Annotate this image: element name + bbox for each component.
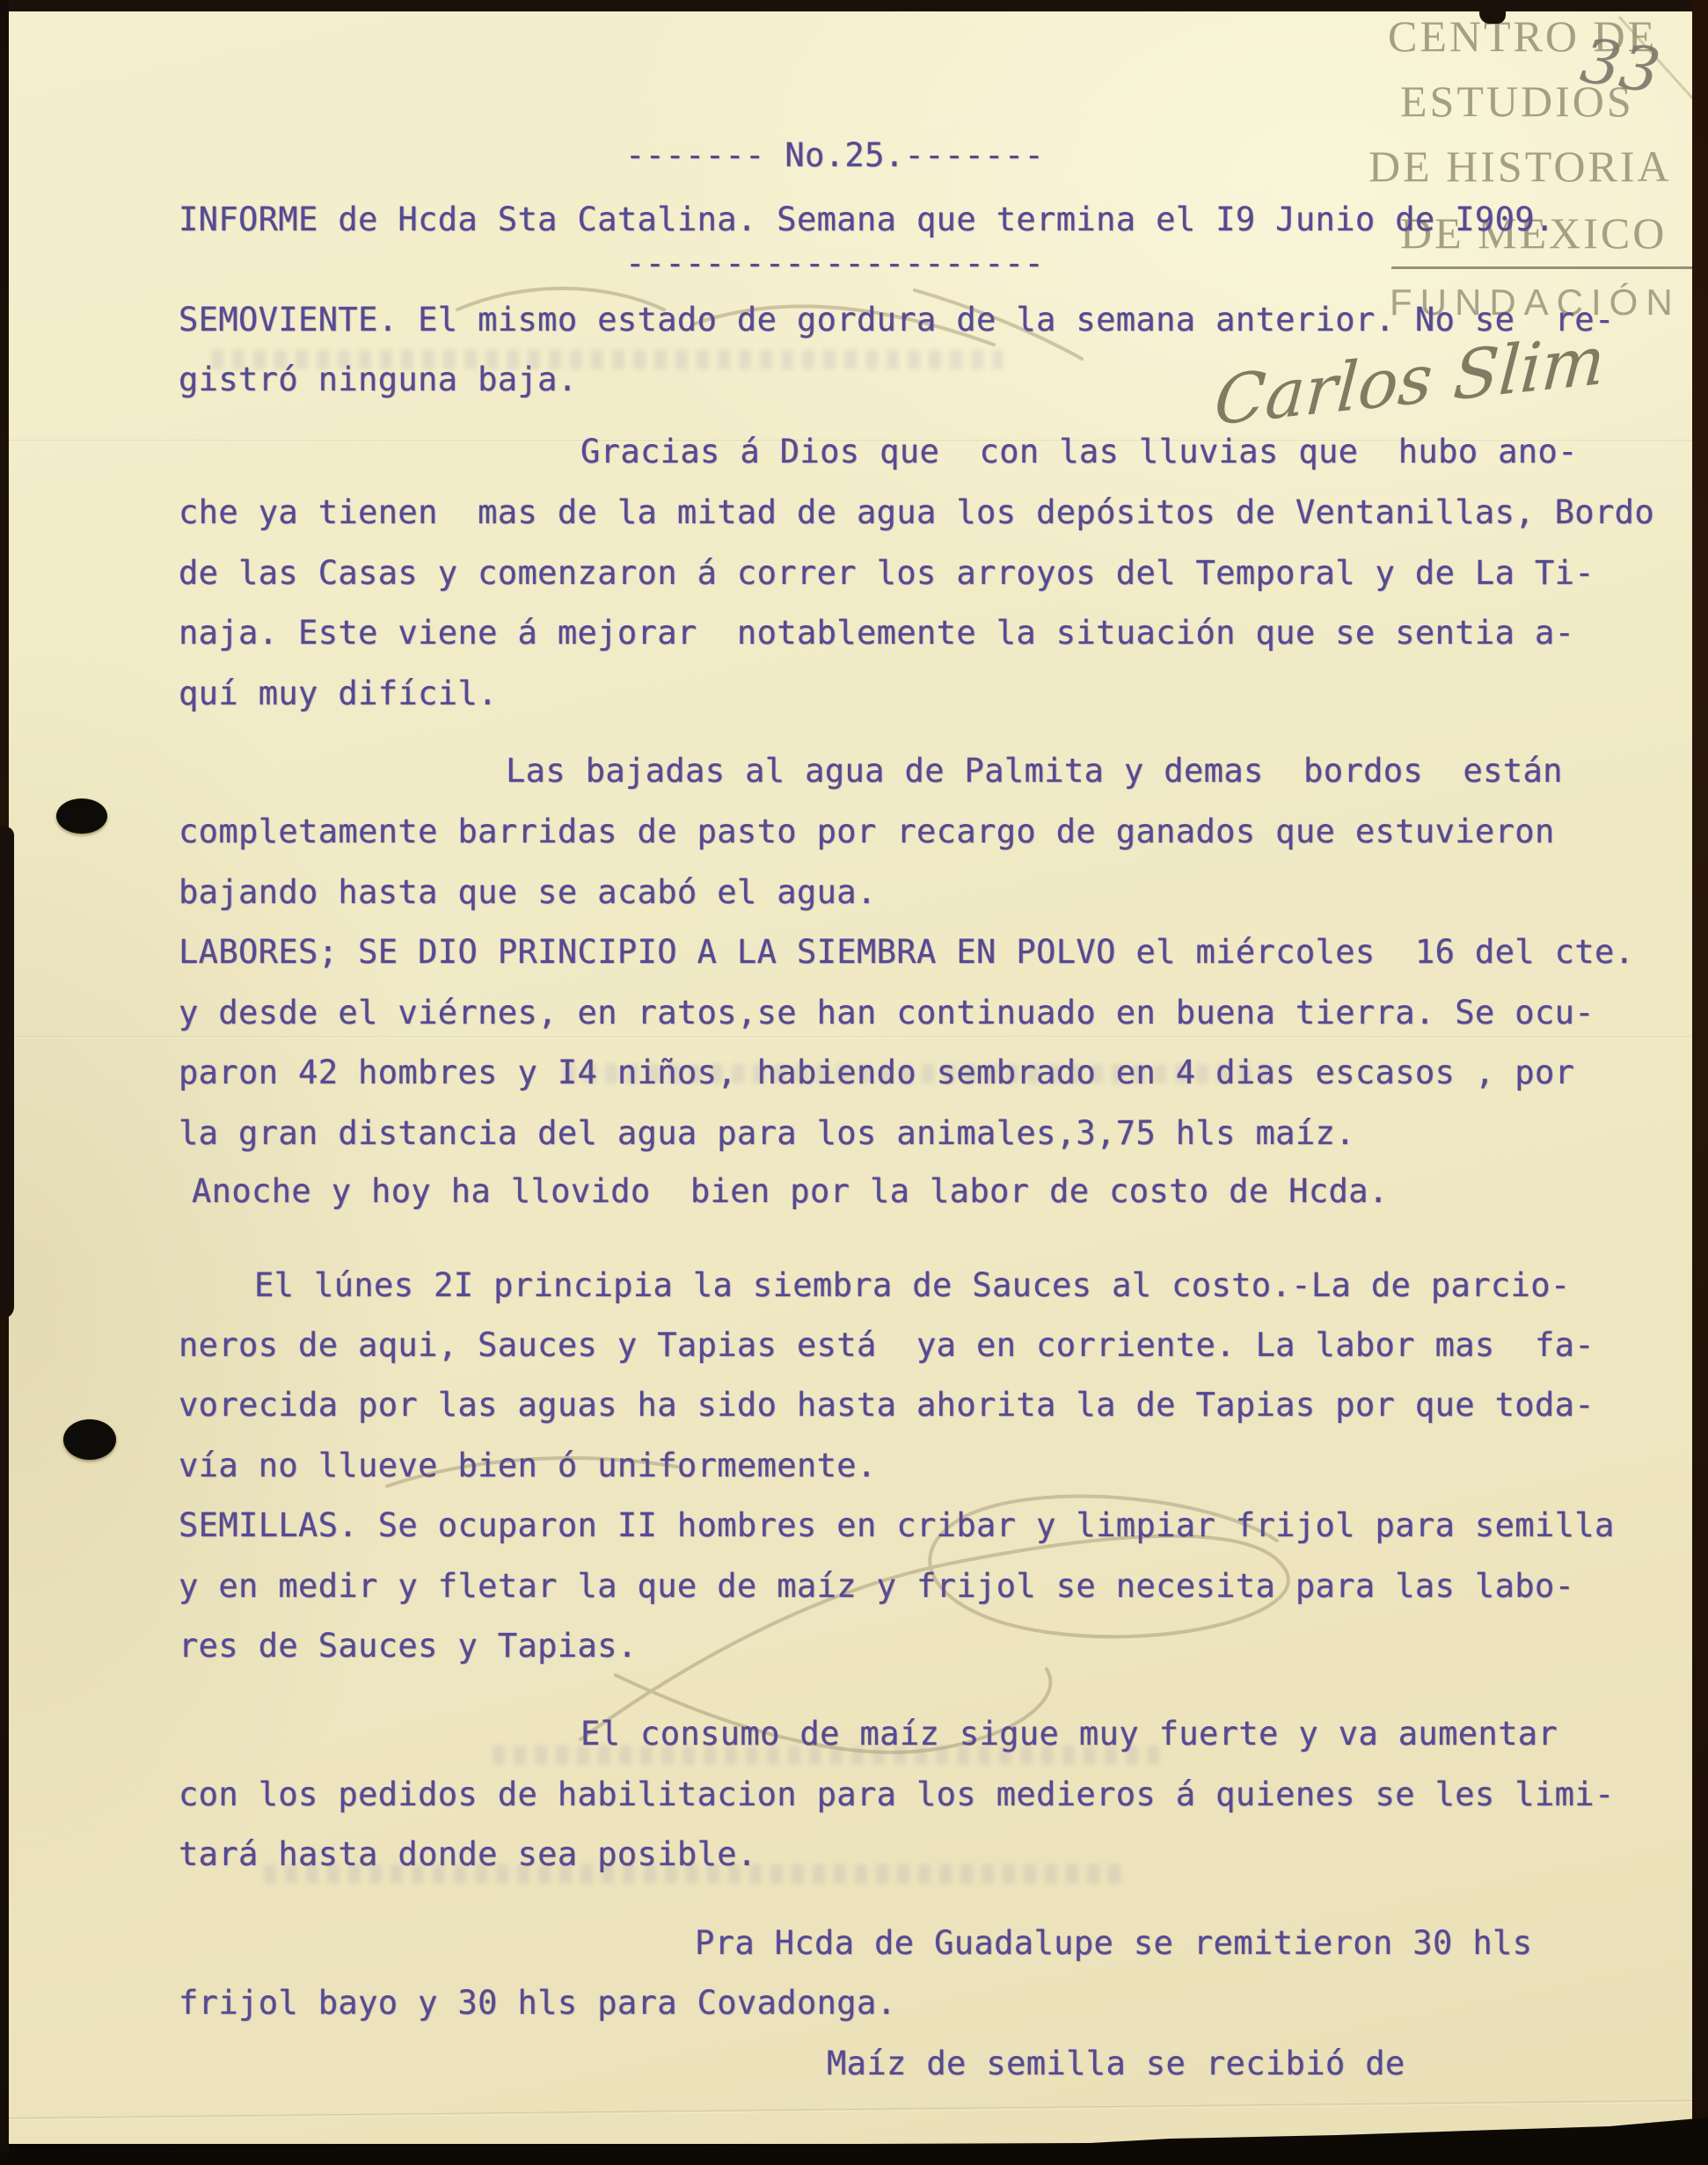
typed-line: ---------------------	[625, 244, 1044, 282]
scan-edge-top	[0, 0, 1708, 11]
scan-edge-left-bump	[0, 827, 14, 1319]
typed-line: paron 42 hombres y I4 niños, habiendo se…	[179, 1053, 1574, 1091]
typed-line: vorecida por las aguas ha sido hasta aho…	[179, 1386, 1595, 1424]
scan-edge-notch	[1479, 0, 1506, 24]
typed-line: quí muy difícil.	[179, 674, 498, 712]
punch-hole-top	[56, 798, 107, 834]
scanned-page: CENTRO DE ESTUDIOS DE HISTORIA DE MEXICO…	[0, 0, 1708, 2165]
typed-line: LABORES; SE DIO PRINCIPIO A LA SIEMBRA E…	[179, 933, 1634, 971]
typed-line: la gran distancia del agua para los anim…	[179, 1114, 1355, 1152]
archive-number: 33	[1576, 25, 1665, 108]
typed-line: y en medir y fletar la que de maíz y fri…	[179, 1567, 1574, 1605]
typed-line: che ya tienen mas de la mitad de agua lo…	[179, 493, 1654, 531]
typed-line: El consumo de maíz sigue muy fuerte y va…	[580, 1715, 1558, 1753]
typed-line: vía no llueve bien ó uniformemente.	[179, 1447, 877, 1484]
typed-line: ------- No.25.-------	[625, 136, 1044, 174]
typed-line: Gracias á Dios que con las lluvias que h…	[580, 433, 1578, 470]
typed-line: completamente barridas de pasto por reca…	[179, 813, 1555, 850]
watermark-line-3: DE HISTORIA	[1369, 141, 1672, 192]
typed-line: y desde el viérnes, en ratos,se han cont…	[179, 994, 1595, 1031]
typed-line: Anoche y hoy ha llovido bien por la labo…	[192, 1172, 1389, 1210]
typed-line: SEMILLAS. Se ocuparon II hombres en crib…	[179, 1506, 1615, 1544]
scan-edge-right	[1692, 0, 1708, 2165]
typed-line: naja. Este viene á mejorar notablemente …	[179, 614, 1574, 652]
typed-line: con los pedidos de habilitacion para los…	[179, 1775, 1615, 1813]
typed-line: El lúnes 2I principia la siembra de Sauc…	[254, 1266, 1571, 1304]
watermark-rule	[1391, 266, 1704, 269]
typed-line: SEMOVIENTE. El mismo estado de gordura d…	[179, 301, 1615, 339]
typed-line: frijol bayo y 30 hls para Covadonga.	[179, 1984, 896, 2022]
typed-line: de las Casas y comenzaron á correr los a…	[179, 554, 1595, 592]
typed-line: Las bajadas al agua de Palmita y demas b…	[506, 752, 1563, 790]
typed-line: res de Sauces y Tapias.	[179, 1627, 638, 1665]
typed-line: Pra Hcda de Guadalupe se remitieron 30 h…	[695, 1924, 1532, 1962]
typed-line: gistró ninguna baja.	[179, 361, 578, 398]
punch-hole-bottom	[63, 1419, 116, 1460]
typed-line: tará hasta donde sea posible.	[179, 1835, 757, 1873]
typed-line: bajando hasta que se acabó el agua.	[179, 873, 877, 911]
typed-line: neros de aqui, Sauces y Tapias está ya e…	[179, 1326, 1595, 1364]
typed-line: Maíz de semilla se recibió de	[827, 2045, 1405, 2082]
typed-line: INFORME de Hcda Sta Catalina. Semana que…	[179, 200, 1555, 238]
crease-line	[0, 1036, 1708, 1039]
